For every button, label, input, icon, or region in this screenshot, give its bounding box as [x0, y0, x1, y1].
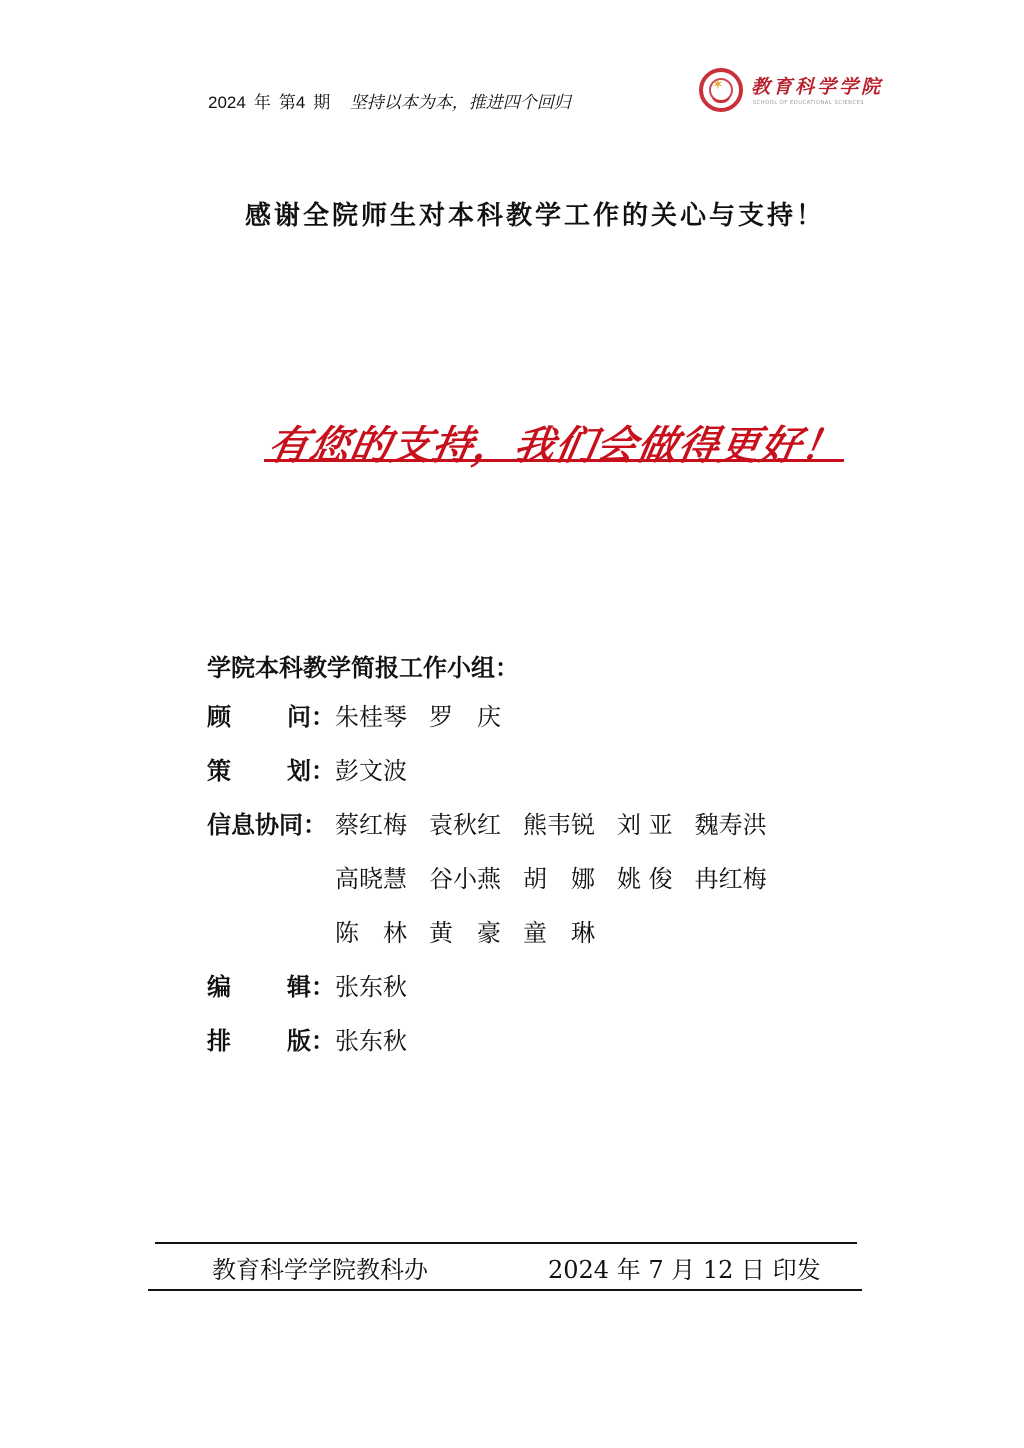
row-names: 陈 林 黄 豪 童 琳	[335, 906, 617, 960]
team-row-layout: 排版： 张东秋	[207, 1014, 789, 1068]
footer-divider-bottom	[148, 1289, 862, 1291]
row-names: 蔡红梅 袁秋红 熊韦锐 刘 亚 魏寿洪	[335, 798, 789, 852]
team-row-info: 信息协同： 蔡红梅 袁秋红 熊韦锐 刘 亚 魏寿洪	[207, 798, 789, 852]
row-label: 排版：	[207, 1014, 335, 1068]
team-row-info-cont-2: 陈 林 黄 豪 童 琳	[207, 906, 789, 960]
member-name: 蔡红梅	[335, 798, 407, 852]
member-name: 袁秋红	[429, 798, 501, 852]
member-name: 张东秋	[335, 1014, 407, 1068]
issue-header: 2024年第4期 坚持以本为本，推进四个回归	[208, 88, 571, 113]
row-label: 信息协同：	[207, 798, 335, 852]
member-name: 姚 俊	[617, 852, 673, 906]
member-name: 朱桂琴	[335, 690, 407, 744]
member-name: 冉红梅	[695, 852, 767, 906]
row-names: 张东秋	[335, 1014, 429, 1068]
issue-year: 2024	[208, 93, 246, 112]
row-label: 编辑：	[207, 960, 335, 1014]
slogan-underline	[264, 459, 844, 462]
footer-divider-top	[155, 1242, 857, 1244]
member-name: 罗 庆	[429, 690, 501, 744]
issue-motto: 坚持以本为本，推进四个回归	[350, 93, 571, 113]
footer-office: 教育科学学院教科办	[212, 1250, 428, 1285]
team-row-advisor: 顾问： 朱桂琴 罗 庆	[207, 690, 789, 744]
member-name: 张东秋	[335, 960, 407, 1014]
row-names: 彭文波	[335, 744, 429, 798]
slogan-banner: 有您的支持，我们会做得更好！	[264, 410, 844, 462]
school-logo: ✶ 教育科学学院 SCHOOL OF EDUCATIONAL SCIENCES	[697, 66, 872, 116]
school-seal-icon: ✶	[699, 68, 743, 112]
member-name: 胡 娜	[523, 852, 595, 906]
logo-subtitle: SCHOOL OF EDUCATIONAL SCIENCES	[753, 100, 864, 106]
row-label: 策划：	[207, 744, 335, 798]
member-name: 熊韦锐	[523, 798, 595, 852]
member-name: 谷小燕	[429, 852, 501, 906]
issue-number-suffix: 期	[313, 93, 330, 113]
member-name: 刘 亚	[617, 798, 673, 852]
member-name: 黄 豪	[429, 906, 501, 960]
editorial-team: 学院本科教学简报工作小组： 顾问： 朱桂琴 罗 庆 策划： 彭文波 信息协同： …	[207, 650, 789, 1068]
issue-number: 第4	[279, 93, 305, 112]
team-row-planning: 策划： 彭文波	[207, 744, 789, 798]
team-row-editor: 编辑： 张东秋	[207, 960, 789, 1014]
row-names: 高晓慧 谷小燕 胡 娜 姚 俊 冉红梅	[335, 852, 789, 906]
member-name: 童 琳	[523, 906, 595, 960]
team-row-info-cont-1: 高晓慧 谷小燕 胡 娜 姚 俊 冉红梅	[207, 852, 789, 906]
member-name: 高晓慧	[335, 852, 407, 906]
member-name: 魏寿洪	[695, 798, 767, 852]
row-label: 顾问：	[207, 690, 335, 744]
row-names: 朱桂琴 罗 庆	[335, 690, 523, 744]
member-name: 陈 林	[335, 906, 407, 960]
slogan-text: 有您的支持，我们会做得更好！	[264, 414, 848, 471]
member-name: 彭文波	[335, 744, 407, 798]
thanks-heading: 感谢全院师生对本科教学工作的关心与支持！	[0, 195, 1024, 232]
row-names: 张东秋	[335, 960, 429, 1014]
logo-name: 教育科学学院	[751, 72, 883, 99]
issue-year-suffix: 年	[254, 93, 271, 113]
footer-date: 2024 年 7 月 12 日 印发	[548, 1250, 821, 1285]
team-title: 学院本科教学简报工作小组：	[207, 650, 789, 690]
